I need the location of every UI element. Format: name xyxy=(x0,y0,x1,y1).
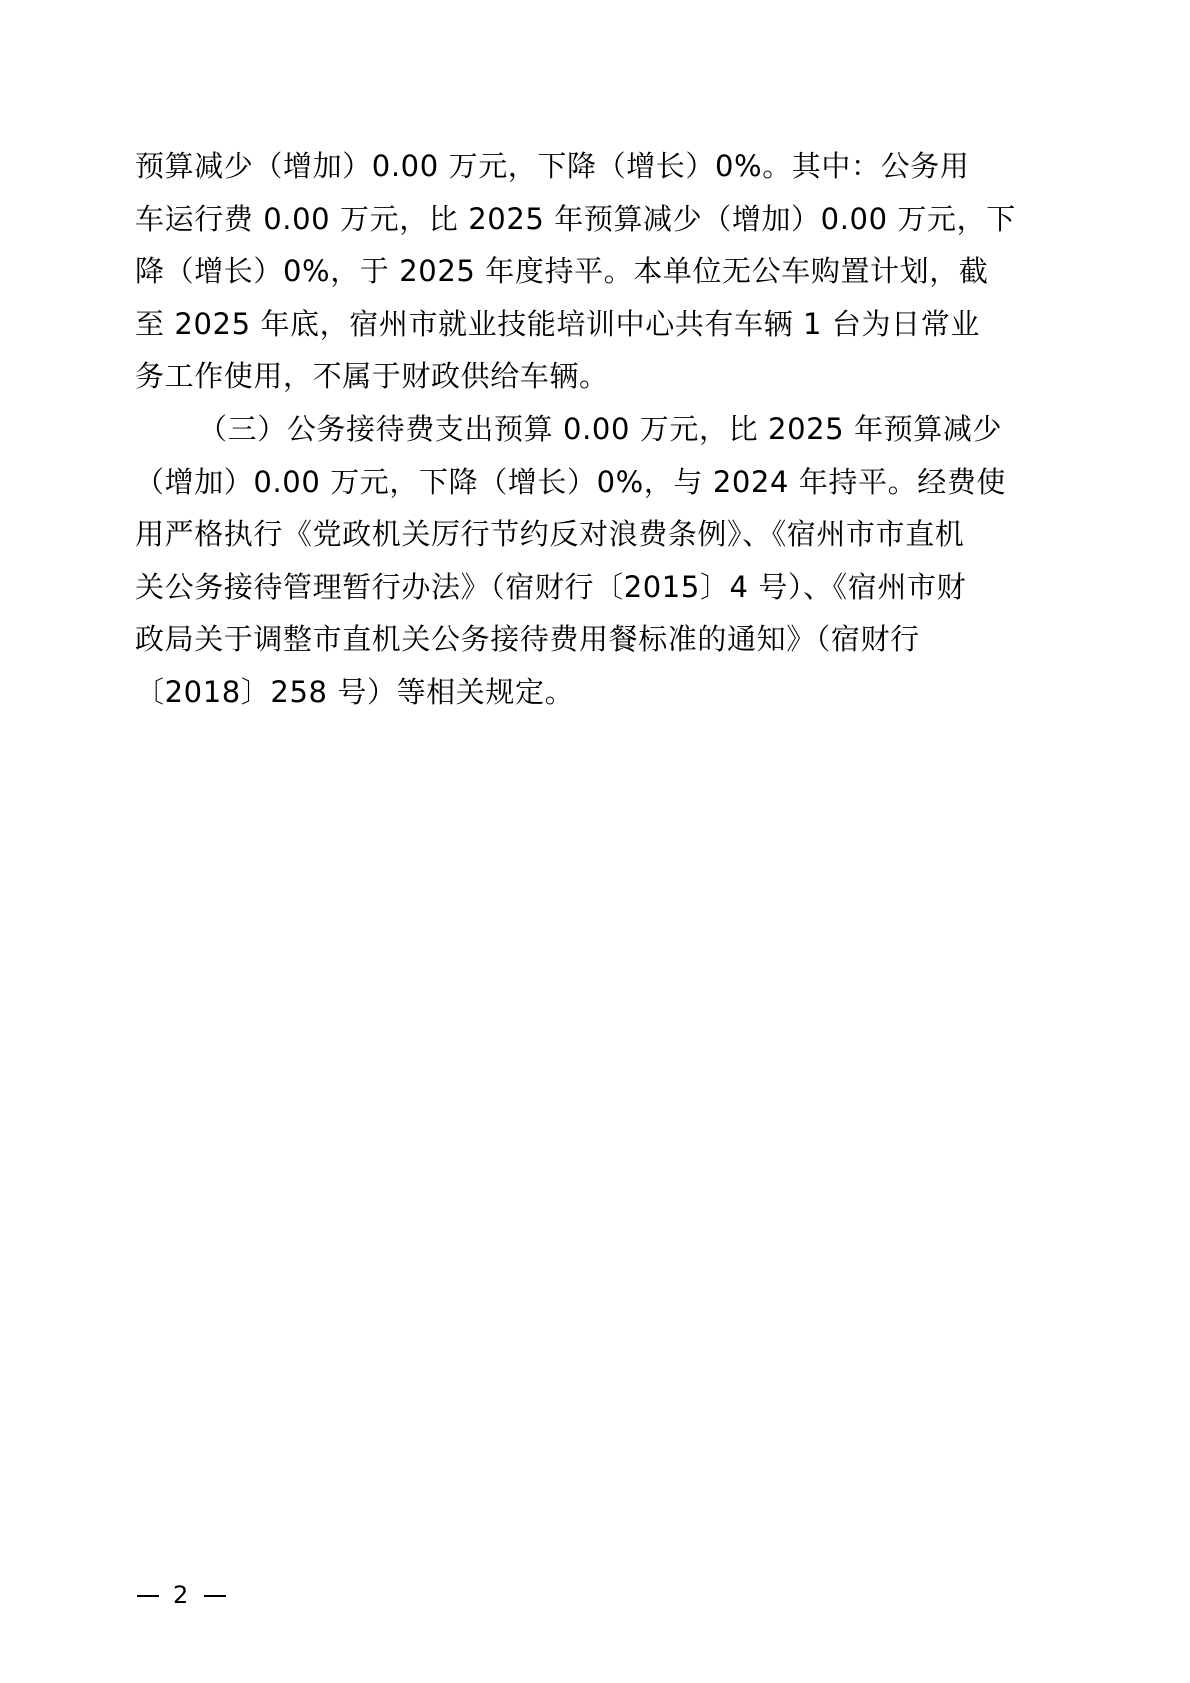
dash-right-icon xyxy=(204,1595,226,1597)
text-line: 〔2018〕258 号）等相关规定。 xyxy=(135,666,965,719)
text-line-indented: （三）公务接待费支出预算 0.00 万元，比 2025 年预算减少 xyxy=(135,403,965,456)
text-line: 至 2025 年底，宿州市就业技能培训中心共有车辆 1 台为日常业 xyxy=(135,298,965,351)
text-line: 务工作使用，不属于财政供给车辆。 xyxy=(135,350,965,403)
text-line: （增加）0.00 万元，下降（增长）0%，与 2024 年持平。经费使 xyxy=(135,456,965,509)
paragraph-vehicle-expense: 预算减少（增加）0.00 万元，下降（增长）0%。其中：公务用 车运行费 0.0… xyxy=(135,140,965,403)
page-number: 2 xyxy=(173,1581,190,1609)
text-line: 车运行费 0.00 万元，比 2025 年预算减少（增加）0.00 万元，下 xyxy=(135,193,965,246)
page-number-footer: 2 xyxy=(135,1575,240,1615)
text-line: 用严格执行《党政机关厉行节约反对浪费条例》、《宿州市市直机 xyxy=(135,508,965,561)
dash-left-icon xyxy=(137,1595,159,1597)
text-line: 降（增长）0%，于 2025 年度持平。本单位无公车购置计划，截 xyxy=(135,245,965,298)
text-line: 政局关于调整市直机关公务接待费用餐标准的通知》（宿财行 xyxy=(135,613,965,666)
paragraph-reception-expense: （三）公务接待费支出预算 0.00 万元，比 2025 年预算减少 （增加）0.… xyxy=(135,403,965,719)
text-line: 关公务接待管理暂行办法》（宿财行〔2015〕4 号）、《宿州市财 xyxy=(135,561,965,614)
document-page: 预算减少（增加）0.00 万元，下降（增长）0%。其中：公务用 车运行费 0.0… xyxy=(0,0,1190,1683)
document-body: 预算减少（增加）0.00 万元，下降（增长）0%。其中：公务用 车运行费 0.0… xyxy=(135,140,965,719)
text-line: 预算减少（增加）0.00 万元，下降（增长）0%。其中：公务用 xyxy=(135,140,965,193)
